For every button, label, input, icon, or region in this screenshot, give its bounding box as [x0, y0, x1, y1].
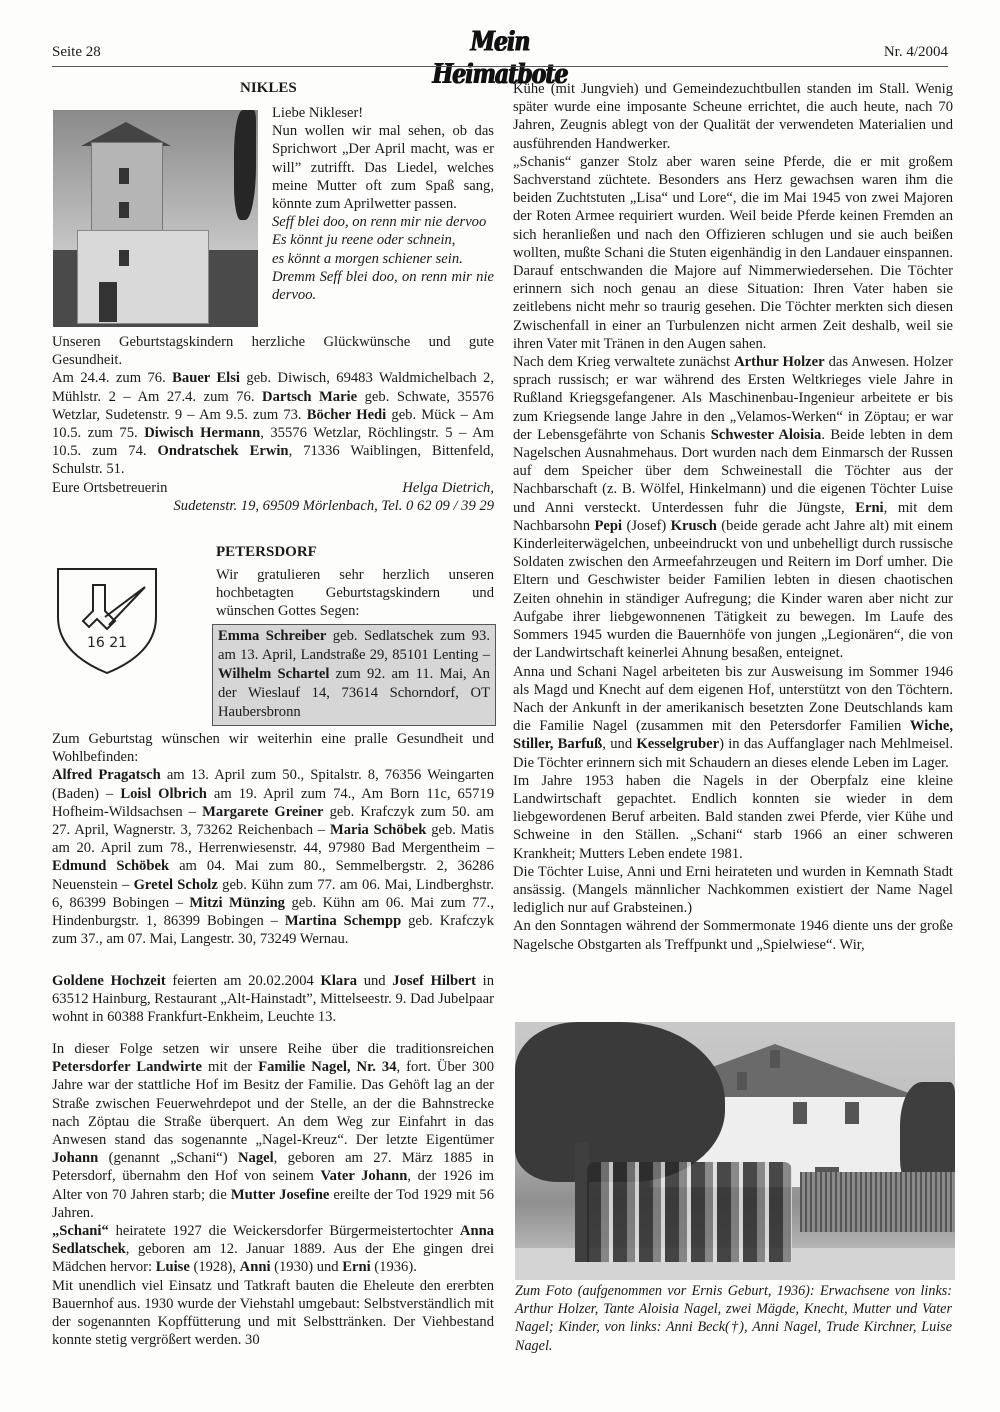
poem-line: Seff blei doo, on renn mir nie dervoo: [272, 213, 494, 231]
greeting: Liebe Nikleser!: [272, 104, 494, 122]
poem-line: es könnt a morgen schiener sein.: [272, 250, 494, 268]
person-name: Wilhelm Schartel: [218, 666, 329, 682]
right-column-article: Kühe (mit Jungvieh) und Gemeindezuchtbul…: [513, 80, 953, 954]
newspaper-page: Seite 28 Mein Heimatbote Nr. 4/2004 NIKL…: [0, 0, 1000, 1412]
article-paragraph: An den Sonntagen während der Sommermonat…: [513, 917, 953, 953]
person-name: Ondratschek Erwin: [158, 443, 289, 459]
article-paragraph: Im Jahre 1953 haben die Nagels in der Ob…: [513, 772, 953, 863]
signoff-name: Helga Dietrich,: [402, 479, 494, 497]
article-paragraph: Anna und Schani Nagel arbeiteten bis zur…: [513, 663, 953, 772]
photo-caption: Zum Foto (aufgenommen vor Ernis Geburt, …: [515, 1282, 952, 1355]
birthday-list: Am 24.4. zum 76. Bauer Elsi geb. Diwisch…: [52, 369, 494, 478]
article-paragraph: Mit unendlich viel Einsatz und Tatkraft …: [52, 1277, 494, 1350]
nikles-letter: Liebe Nikleser! Nun wollen wir mal sehen…: [272, 104, 494, 304]
petersdorf-birthdays: Zum Geburtstag wünschen wir weiterhin ei…: [52, 730, 494, 948]
person-name: Böcher Hedi: [307, 407, 386, 423]
signoff-label: Eure Ortsbetreuerin: [52, 479, 167, 497]
wishes-paragraph: Zum Geburtstag wünschen wir weiterhin ei…: [52, 730, 494, 766]
person-name: Bauer Elsi: [172, 370, 240, 386]
golden-wedding-paragraph: Goldene Hochzeit feierten am 20.02.2004 …: [52, 972, 494, 1027]
poem-line: Dremm Seff blei doo, on renn mir nie der…: [272, 268, 494, 304]
article-paragraph: „Schanis“ ganzer Stolz aber waren seine …: [513, 153, 953, 353]
birthday-list: Alfred Pragatsch am 13. April zum 50., S…: [52, 766, 494, 948]
person-name: Diwisch Hermann: [144, 425, 260, 441]
article-paragraph: „Schani“ heiratete 1927 die Weickersdorf…: [52, 1222, 494, 1277]
page-number: Seite 28: [52, 44, 101, 61]
poem-line: Es könnt ju reene oder schnein,: [272, 231, 494, 249]
wishes-paragraph: Unseren Geburtstagskindern herzliche Glü…: [52, 333, 494, 369]
person-name: Dartsch Marie: [262, 389, 357, 405]
article-paragraph: Kühe (mit Jungvieh) und Gemeindezuchtbul…: [513, 80, 953, 153]
section-title-nikles: NIKLES: [240, 80, 297, 97]
nikles-birthdays: Unseren Geburtstagskindern herzliche Glü…: [52, 333, 494, 515]
farmhouse-photo: [515, 1022, 955, 1280]
intro-paragraph: Nun wollen wir mal sehen, ob das Sprichw…: [272, 122, 494, 213]
church-photo: [53, 110, 258, 327]
petersdorf-crest-icon: 16 21: [55, 565, 159, 675]
signoff-address: Sudetenstr. 19, 69509 Mörlenbach, Tel. 0…: [52, 497, 494, 515]
article-paragraph: Die Töchter Luise, Anni und Erni heirate…: [513, 863, 953, 918]
nagel-family-article: In dieser Folge setzen wir unsere Reihe …: [52, 1040, 494, 1349]
signoff: Eure Ortsbetreuerin Helga Dietrich,: [52, 479, 494, 497]
person-name: Emma Schreiber: [218, 628, 326, 644]
svg-text:16 21: 16 21: [87, 635, 127, 651]
section-title-petersdorf: PETERSDORF: [216, 544, 317, 561]
issue-number: Nr. 4/2004: [884, 44, 948, 61]
highlight-box: Emma Schreiber geb. Sedlatschek zum 93. …: [212, 624, 496, 726]
petersdorf-intro: Wir gratulieren sehr herzlich unseren ho…: [216, 566, 494, 621]
article-paragraph: In dieser Folge setzen wir unsere Reihe …: [52, 1040, 494, 1222]
header-divider: [52, 66, 948, 67]
article-paragraph: Nach dem Krieg verwaltete zunächst Arthu…: [513, 353, 953, 662]
